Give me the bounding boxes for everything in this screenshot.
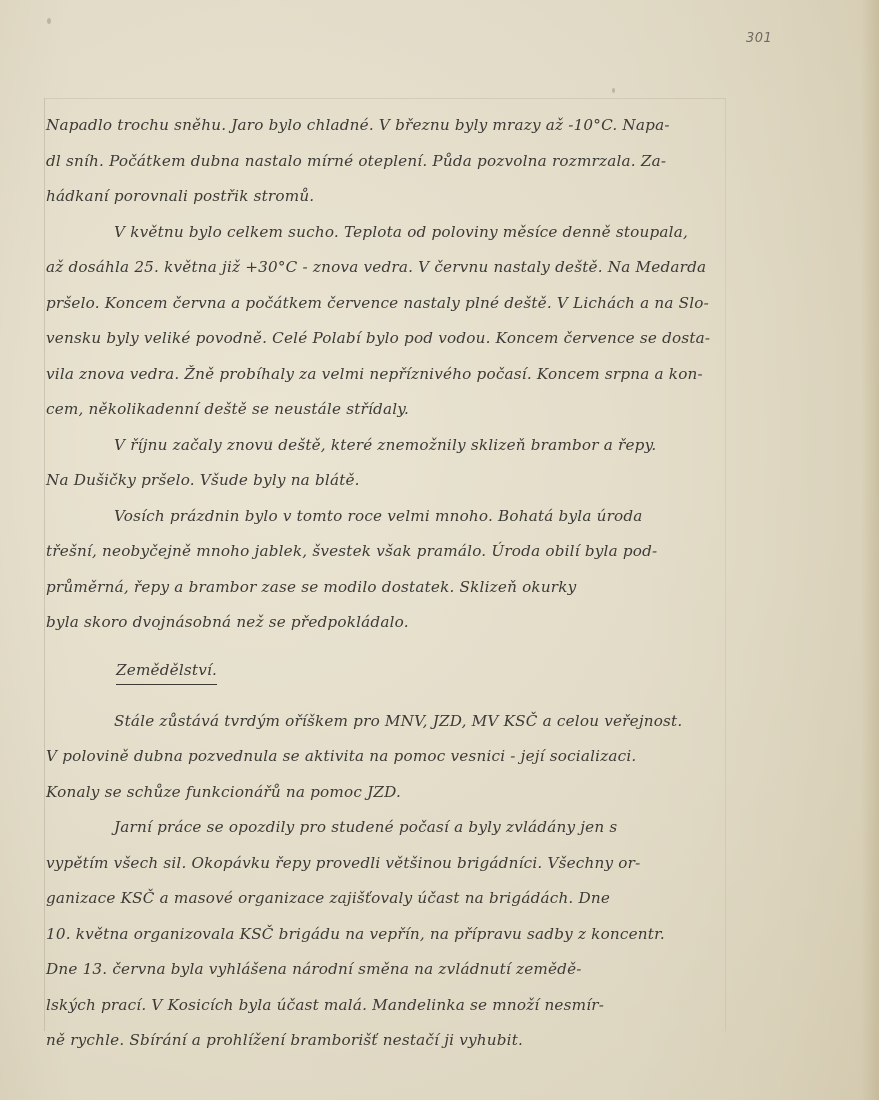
text-line: Napadlo trochu sněhu. Jaro bylo chladné.… bbox=[46, 108, 722, 144]
text-line: V květnu bylo celkem sucho. Teplota od p… bbox=[46, 215, 722, 251]
handwritten-body: Napadlo trochu sněhu. Jaro bylo chladné.… bbox=[46, 108, 722, 1059]
text-line: Jarní práce se opozdily pro studené poča… bbox=[46, 810, 722, 846]
document-page: 301 Napadlo trochu sněhu. Jaro bylo chla… bbox=[0, 0, 879, 1100]
text-line: třešní, neobyčejně mnoho jablek, švestek… bbox=[46, 534, 722, 570]
text-line: Stále zůstává tvrdým oříškem pro MNV, JZ… bbox=[46, 704, 722, 740]
text-line: až dosáhla 25. května již +30°C - znova … bbox=[46, 250, 722, 286]
text-line: vensku byly veliké povodně. Celé Polabí … bbox=[46, 321, 722, 357]
text-line: dl sníh. Počátkem dubna nastalo mírné ot… bbox=[46, 144, 722, 180]
section-heading-row: Zemědělství. bbox=[46, 641, 722, 692]
ink-speck bbox=[47, 18, 51, 24]
text-line: ganizace KSČ a masové organizace zajišťo… bbox=[46, 881, 722, 917]
page-number: 301 bbox=[746, 31, 772, 46]
text-line: cem, několikadenní deště se neustále stř… bbox=[46, 392, 722, 428]
text-line: hádkaní porovnali postřik stromů. bbox=[46, 179, 722, 215]
section-heading: Zemědělství. bbox=[116, 657, 217, 685]
text-line: pršelo. Koncem června a počátkem červenc… bbox=[46, 286, 722, 322]
text-line: V polovině dubna pozvednula se aktivita … bbox=[46, 739, 722, 775]
text-line: Vosích prázdnin bylo v tomto roce velmi … bbox=[46, 499, 722, 535]
text-line: Konaly se schůze funkcionářů na pomoc JZ… bbox=[46, 775, 722, 811]
text-line: vypětím všech sil. Okopávku řepy provedl… bbox=[46, 846, 722, 882]
page-edge-shadow bbox=[861, 0, 879, 1100]
text-line: byla skoro dvojnásobná než se předpoklád… bbox=[46, 605, 722, 641]
text-line: vila znova vedra. Žně probíhaly za velmi… bbox=[46, 357, 722, 393]
text-line: ně rychle. Sbírání a prohlížení brambori… bbox=[46, 1023, 722, 1059]
text-line: lských prací. V Kosicích byla účast malá… bbox=[46, 988, 722, 1024]
text-line: Na Dušičky pršelo. Všude byly na blátě. bbox=[46, 463, 722, 499]
text-line: 10. května organizovala KSČ brigádu na v… bbox=[46, 917, 722, 953]
spacer bbox=[46, 692, 722, 704]
text-line: V říjnu začaly znovu deště, které znemož… bbox=[46, 428, 722, 464]
text-line: Dne 13. června byla vyhlášena národní sm… bbox=[46, 952, 722, 988]
text-line: průměrná, řepy a brambor zase se modilo … bbox=[46, 570, 722, 606]
ink-speck bbox=[612, 88, 615, 93]
